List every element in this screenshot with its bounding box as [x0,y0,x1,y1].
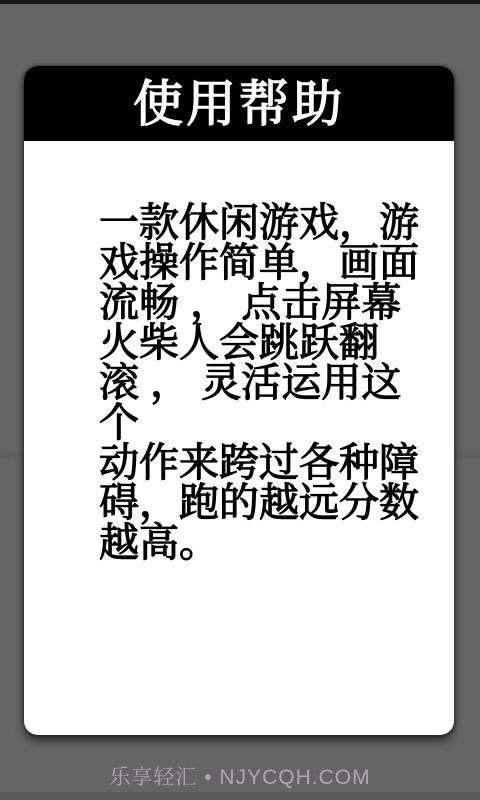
status-bar [0,0,480,4]
footer-branding: 乐享轻汇 • NJYCQH.COM [0,761,480,791]
help-dialog[interactable]: 使用帮助 一款休闲游戏，游 戏操作简单，画面 流畅 ， 点击屏幕 火柴人会跳跃翻… [24,66,454,735]
help-dialog-header: 使用帮助 [24,66,454,141]
help-text: 一款休闲游戏，游 戏操作简单，画面 流畅 ， 点击屏幕 火柴人会跳跃翻 滚 ， … [99,203,428,563]
footer-text: 乐享轻汇 • NJYCQH.COM [109,766,370,789]
help-dialog-body: 一款休闲游戏，游 戏操作简单，画面 流畅 ， 点击屏幕 火柴人会跳跃翻 滚 ， … [24,141,454,563]
page-title: 使用帮助 [133,79,345,129]
bottom-edge [0,792,480,800]
app-screen: 使用帮助 一款休闲游戏，游 戏操作简单，画面 流畅 ， 点击屏幕 火柴人会跳跃翻… [0,0,480,800]
